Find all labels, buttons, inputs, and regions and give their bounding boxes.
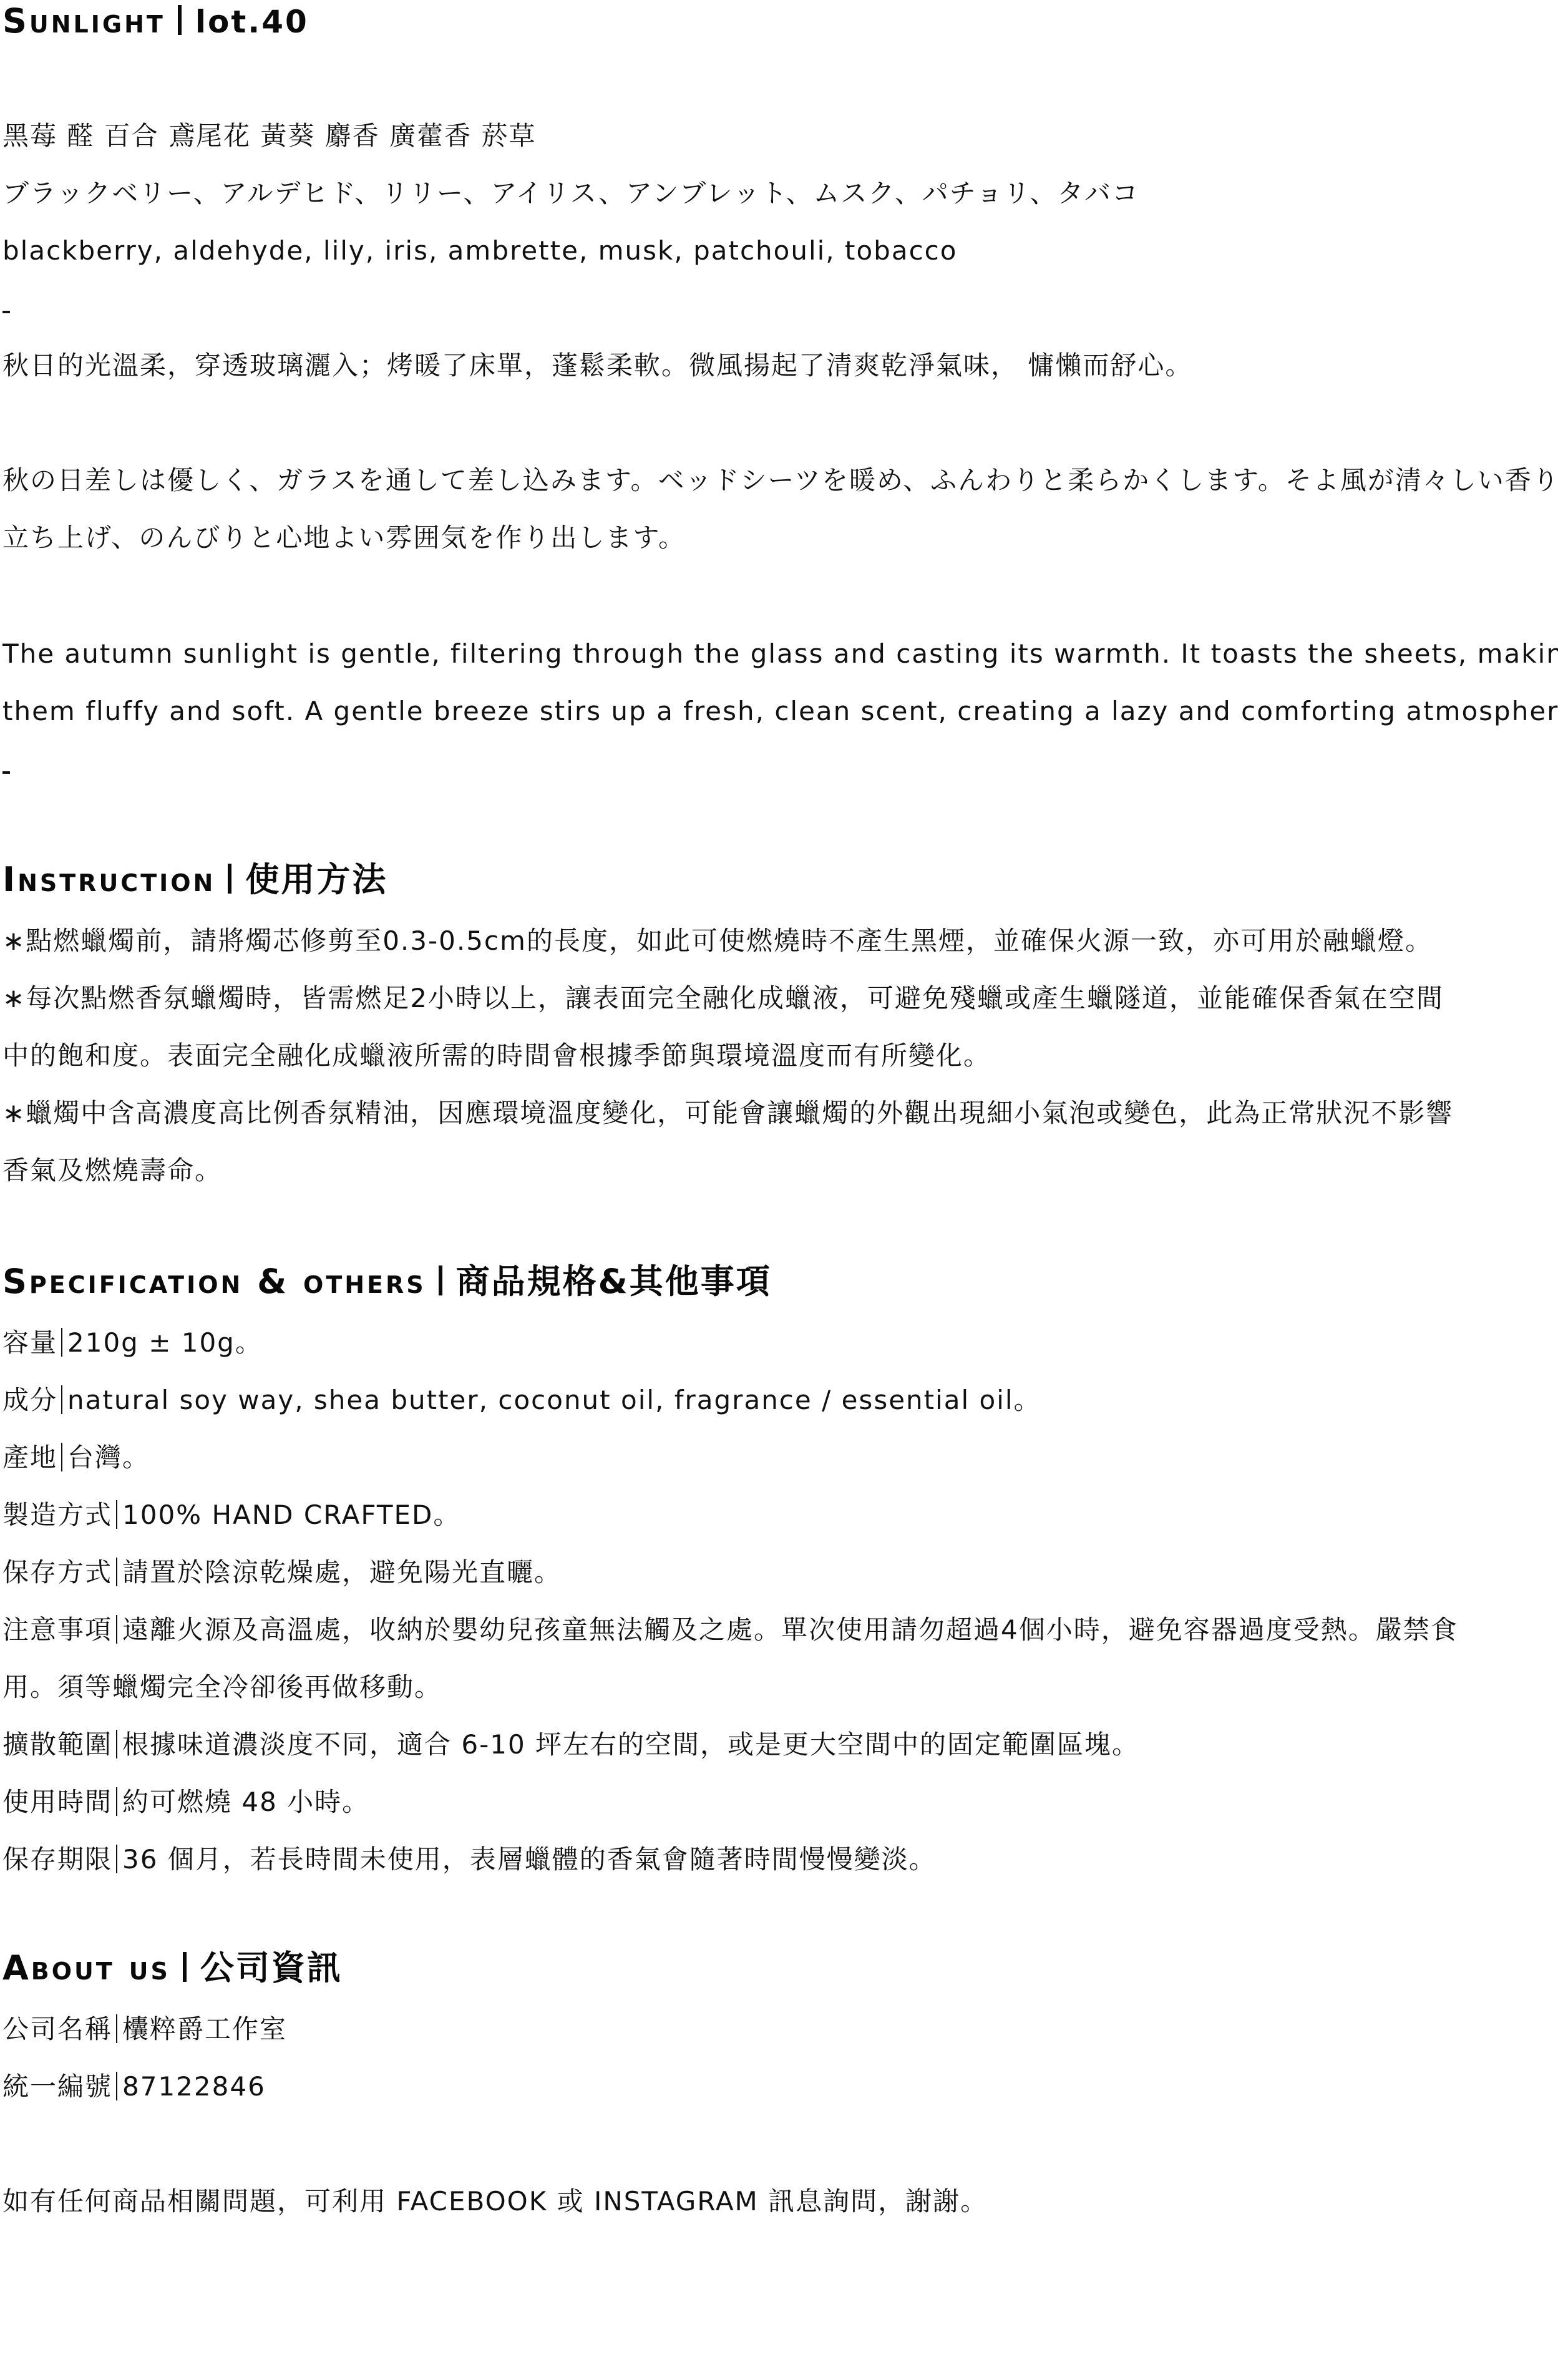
heading-separator [439, 1266, 442, 1295]
spec-manufacturing: 製造方式100% HAND CRAFTED。 [2, 1498, 460, 1533]
spec-value: 100% HAND CRAFTED。 [122, 1500, 460, 1530]
product-title: Sunlightlot.40 [2, 1, 309, 42]
contact-note: 如有任何商品相關問題，可利用 FACEBOOK 或 INSTAGRAM 訊息詢問… [2, 2184, 988, 2219]
instruction-heading: Instruction使用方法 [2, 860, 387, 900]
spec-label: 容量 [2, 1327, 57, 1358]
spec-label: 成分 [2, 1385, 57, 1415]
specification-heading: Specification & others商品規格&其他事項 [2, 1262, 772, 1302]
notes-en: blackberry, aldehyde, lily, iris, ambret… [2, 233, 957, 268]
heading-separator [228, 864, 231, 894]
spec-label: 擴散範圍 [2, 1729, 112, 1760]
spec-separator [116, 1787, 117, 1816]
spec-separator [61, 1328, 62, 1357]
spec-separator [61, 1385, 62, 1414]
instruction-heading-zh: 使用方法 [245, 860, 387, 899]
about-separator [116, 2014, 117, 2043]
about-value: 欜粹爵工作室 [122, 2014, 287, 2044]
spec-value: 36 個月，若長時間未使用，表層蠟體的香氣會隨著時間慢慢變淡。 [122, 1844, 937, 1875]
spec-label: 保存期限 [2, 1844, 112, 1875]
spec-separator [116, 1730, 117, 1758]
about-heading: About us公司資訊 [2, 1948, 343, 1988]
about-tax-id: 統一編號87122846 [2, 2069, 266, 2104]
description-ja-line-1: 秋の日差しは優しく、ガラスを通して差し込みます。ベッドシーツを暖め、ふんわりと柔… [2, 463, 1558, 498]
heading-separator [183, 1952, 187, 1982]
spec-label: 產地 [2, 1442, 57, 1473]
instruction-line: 中的飽和度。表面完全融化成蠟液所需的時間會根據季節與環境溫度而有所變化。 [2, 1038, 991, 1073]
about-company-name: 公司名稱欜粹爵工作室 [2, 2012, 287, 2047]
about-label: 統一編號 [2, 2071, 112, 2102]
description-en-line-1: The autumn sunlight is gentle, filtering… [2, 636, 1558, 671]
spec-label: 保存方式 [2, 1557, 112, 1587]
divider-dash [2, 771, 10, 774]
about-separator [116, 2072, 117, 2100]
spec-precautions: 注意事項遠離火源及高溫處，收納於嬰幼兒孩童無法觸及之處。單次使用請勿超過4個小時… [2, 1612, 1458, 1647]
spec-value: 台灣。 [67, 1442, 150, 1473]
spec-ingredients: 成分natural soy way, shea butter, coconut … [2, 1383, 1041, 1418]
about-label: 公司名稱 [2, 2014, 112, 2044]
description-zh: 秋日的光溫柔，穿透玻璃灑入；烤暖了床單，蓬鬆柔軟。微風揚起了清爽乾淨氣味， 慵懶… [2, 348, 1192, 383]
about-value: 87122846 [122, 2071, 266, 2102]
specification-heading-zh: 商品規格&其他事項 [456, 1262, 772, 1301]
spec-value: 遠離火源及高溫處，收納於嬰幼兒孩童無法觸及之處。單次使用請勿超過4個小時，避免容… [122, 1614, 1458, 1645]
instruction-line: ∗蠟燭中含高濃度高比例香氛精油，因應環境溫度變化，可能會讓蠟燭的外觀出現細小氣泡… [2, 1096, 1453, 1131]
spec-diffusion-range: 擴散範圍根據味道濃淡度不同，適合 6-10 坪左右的空間，或是更大空間中的固定範… [2, 1727, 1139, 1762]
description-ja-line-2: 立ち上げ、のんびりと心地よい雰囲気を作り出します。 [2, 520, 686, 555]
spec-shelf-life: 保存期限36 個月，若長時間未使用，表層蠟體的香氣會隨著時間慢慢變淡。 [2, 1842, 937, 1877]
notes-ja: ブラックベリー、アルデヒド、リリー、アイリス、アンブレット、ムスク、パチョリ、タ… [2, 176, 1139, 211]
spec-burn-time: 使用時間約可燃燒 48 小時。 [2, 1785, 369, 1820]
spec-label: 注意事項 [2, 1614, 112, 1645]
spec-capacity: 容量210g ± 10g。 [2, 1325, 263, 1360]
spec-origin: 產地台灣。 [2, 1440, 150, 1475]
about-heading-zh: 公司資訊 [200, 1948, 343, 1987]
spec-separator [116, 1558, 117, 1586]
about-heading-en: About us [2, 1948, 170, 1987]
divider-dash [2, 311, 10, 313]
spec-separator [116, 1615, 117, 1644]
instruction-line: ∗每次點燃香氛蠟燭時，皆需燃足2小時以上，讓表面完全融化成蠟液，可避免殘蠟或產生… [2, 981, 1444, 1016]
spec-label: 製造方式 [2, 1500, 112, 1530]
spec-storage: 保存方式請置於陰涼乾燥處，避免陽光直曬。 [2, 1555, 562, 1590]
lot-number: lot.40 [195, 4, 309, 40]
title-separator [178, 5, 182, 35]
spec-separator [61, 1443, 62, 1471]
spec-separator [116, 1845, 117, 1873]
spec-precautions-continuation: 用。須等蠟燭完全冷卻後再做移動。 [2, 1670, 442, 1705]
spec-value: natural soy way, shea butter, coconut oi… [67, 1385, 1041, 1415]
spec-label: 使用時間 [2, 1787, 112, 1817]
spec-separator [116, 1500, 117, 1529]
spec-value: 根據味道濃淡度不同，適合 6-10 坪左右的空間，或是更大空間中的固定範圍區塊。 [122, 1729, 1139, 1760]
spec-value: 請置於陰涼乾燥處，避免陽光直曬。 [122, 1557, 562, 1587]
instruction-heading-en: Instruction [2, 860, 215, 899]
product-name: Sunlight [2, 1, 165, 41]
spec-value: 210g ± 10g。 [67, 1327, 263, 1358]
instruction-line: ∗點燃蠟燭前，請將燭芯修剪至0.3-0.5cm的長度，如此可使燃燒時不產生黑煙，… [2, 924, 1433, 958]
spec-value: 約可燃燒 48 小時。 [122, 1787, 369, 1817]
description-en-line-2: them fluffy and soft. A gentle breeze st… [2, 694, 1558, 729]
notes-zh: 黑莓 醛 百合 鳶尾花 黃葵 麝香 廣藿香 菸草 [2, 119, 536, 154]
specification-heading-en: Specification & others [2, 1262, 426, 1301]
instruction-line: 香氣及燃燒壽命。 [2, 1153, 222, 1188]
